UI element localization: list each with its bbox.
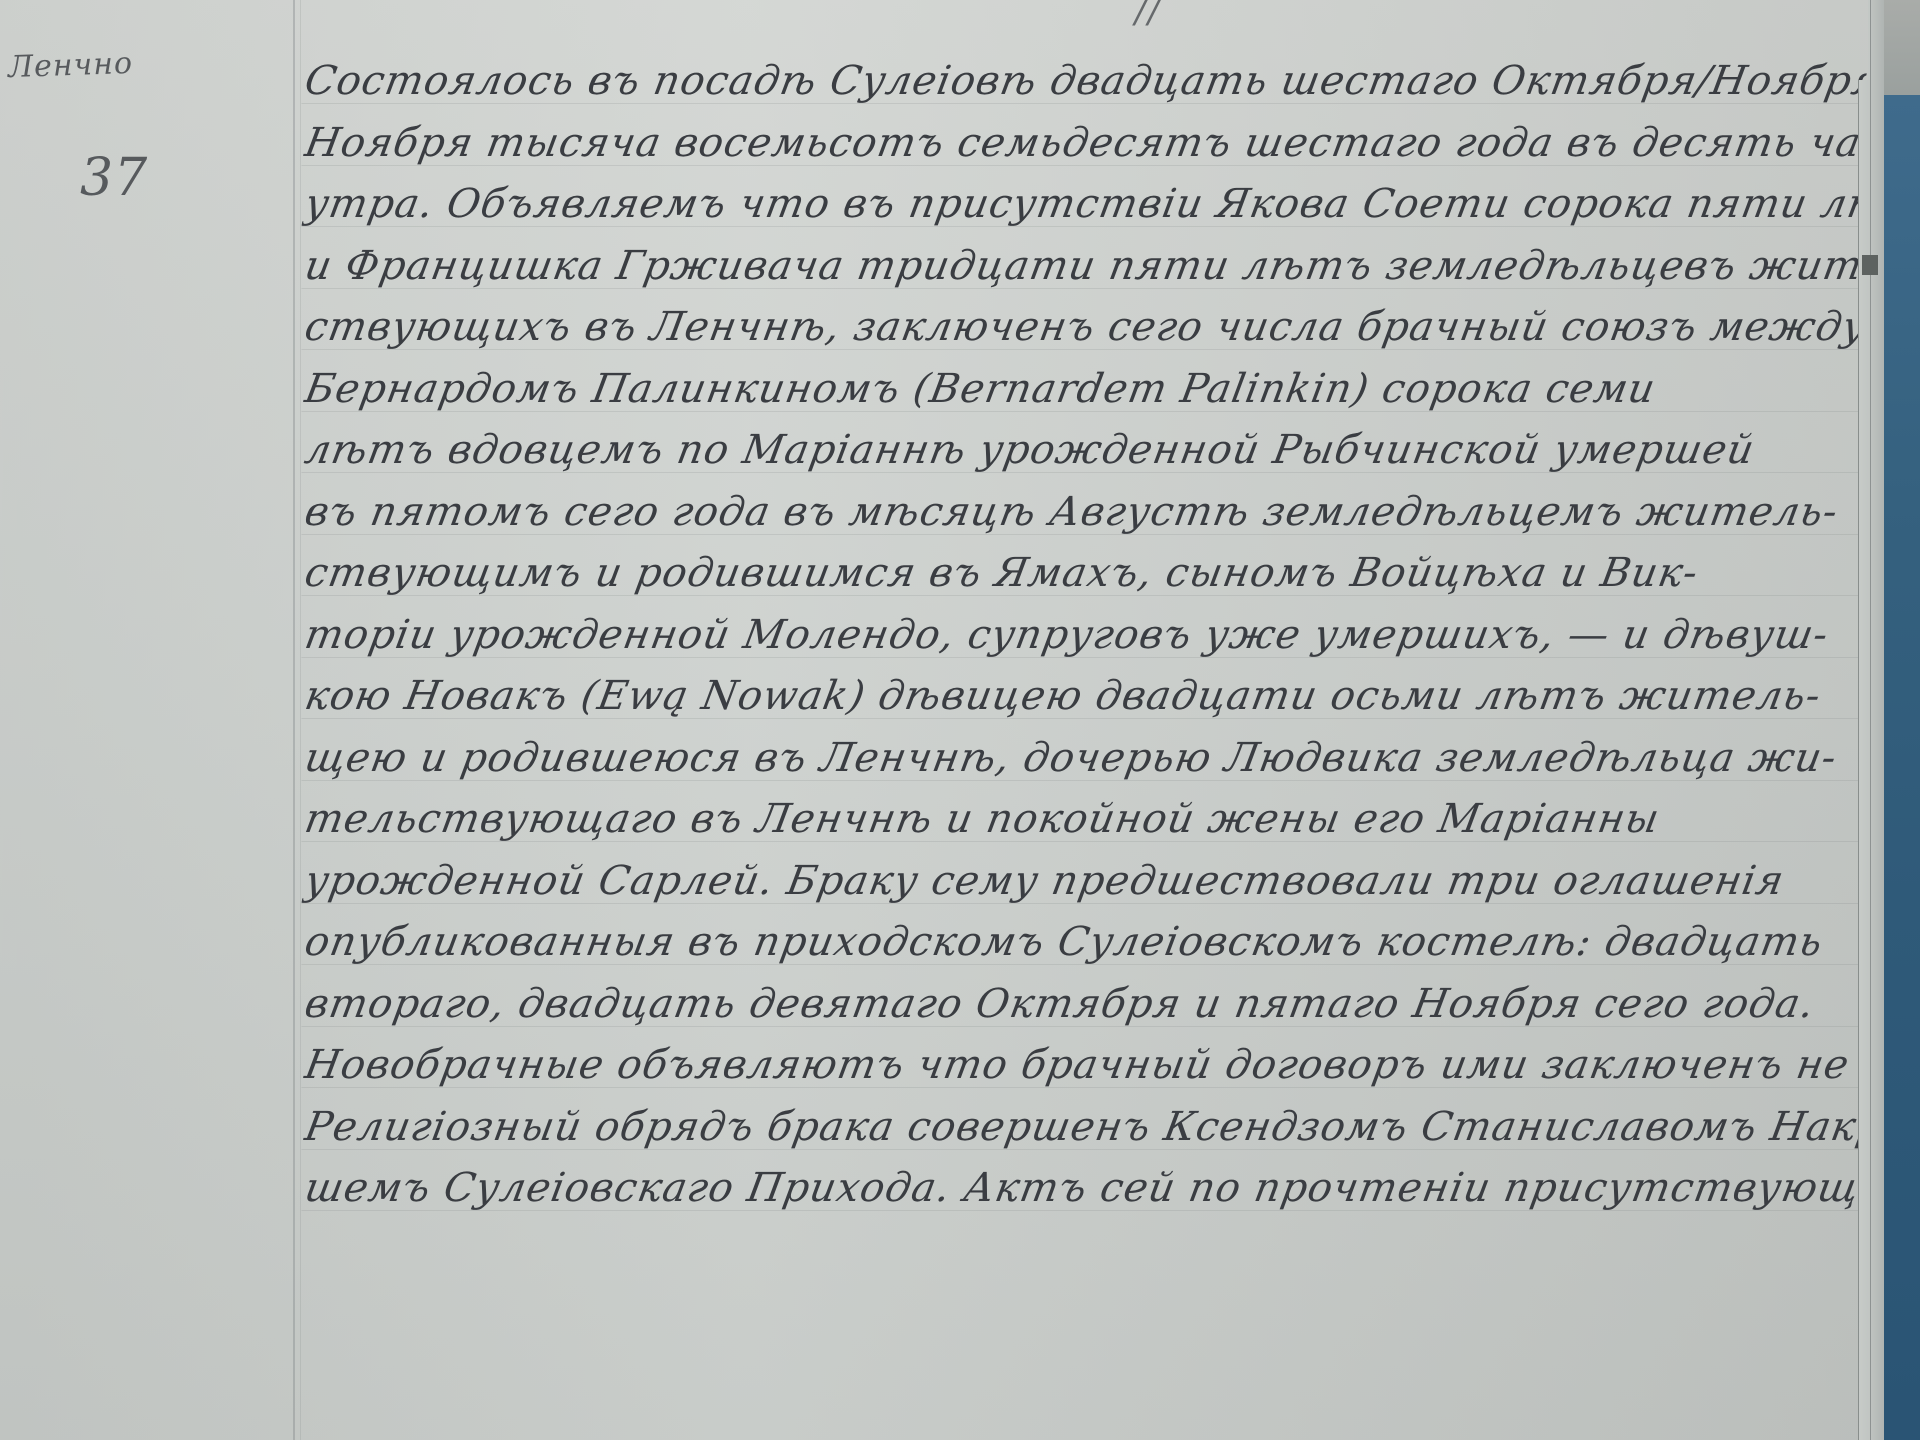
record-line: торіи урожденной Молендо, супруговъ уже … bbox=[300, 604, 1871, 666]
record-line: щею и родившеюся въ Ленчнѣ, дочерью Людв… bbox=[300, 727, 1871, 789]
record-line: тельствующаго въ Ленчнѣ и покойной жены … bbox=[300, 788, 1871, 850]
page-mark: // bbox=[1135, 0, 1161, 31]
record-line: Состоялось въ посадѣ Сулеіовѣ двадцать ш… bbox=[300, 50, 1871, 112]
background-surface bbox=[1884, 0, 1920, 95]
record-line: урожденной Сарлей. Браку сему предшество… bbox=[300, 850, 1871, 912]
register-page: // Ленчно 37 Состоялось въ посадѣ Сулеіо… bbox=[0, 0, 1868, 1440]
record-line: и Францишка Грживача тридцати пяти лѣтъ … bbox=[300, 235, 1871, 297]
record-line: Ноября тысяча восемьсотъ семьдесятъ шест… bbox=[300, 112, 1871, 174]
record-number: 37 bbox=[80, 148, 148, 208]
record-text-body: Состоялось въ посадѣ Сулеіовѣ двадцать ш… bbox=[300, 50, 1860, 1219]
record-line: въ пятомъ сего года въ мѣсяцѣ Августѣ зе… bbox=[300, 481, 1871, 543]
record-line: ствующихъ въ Ленчнѣ, заключенъ сего числ… bbox=[300, 296, 1871, 358]
margin-rule-line bbox=[293, 0, 295, 1440]
record-line: ствующимъ и родившимся въ Ямахъ, сыномъ … bbox=[300, 542, 1871, 604]
document-photo: // Ленчно 37 Состоялось въ посадѣ Сулеіо… bbox=[0, 0, 1920, 1440]
record-line: Религіозный обрядъ брака совершенъ Ксенд… bbox=[300, 1096, 1871, 1158]
record-line: Бернардомъ Палинкиномъ (Bernardem Palink… bbox=[300, 358, 1871, 420]
record-line: лѣтъ вдовцемъ по Маріаннѣ урожденной Рыб… bbox=[300, 419, 1871, 481]
margin-place-name: Ленчно bbox=[7, 46, 133, 85]
record-line: утра. Объявляемъ что въ присутствіи Яков… bbox=[300, 173, 1871, 235]
record-line: опубликованныя въ приходскомъ Сулеіовско… bbox=[300, 911, 1871, 973]
record-line: кою Новакъ (Ewą Nowak) дѣвицею двадцати … bbox=[300, 665, 1871, 727]
record-line: шемъ Сулеіовскаго Прихода. Актъ сей по п… bbox=[300, 1157, 1871, 1219]
page-tab-marker bbox=[1862, 255, 1878, 275]
record-line: втораго, двадцать девятаго Октября и пят… bbox=[300, 973, 1871, 1035]
record-line: Новобрачные объявляютъ что брачный догов… bbox=[300, 1034, 1871, 1096]
page-edge-stack bbox=[1870, 0, 1885, 1440]
blue-binding-cloth bbox=[1884, 95, 1920, 1440]
